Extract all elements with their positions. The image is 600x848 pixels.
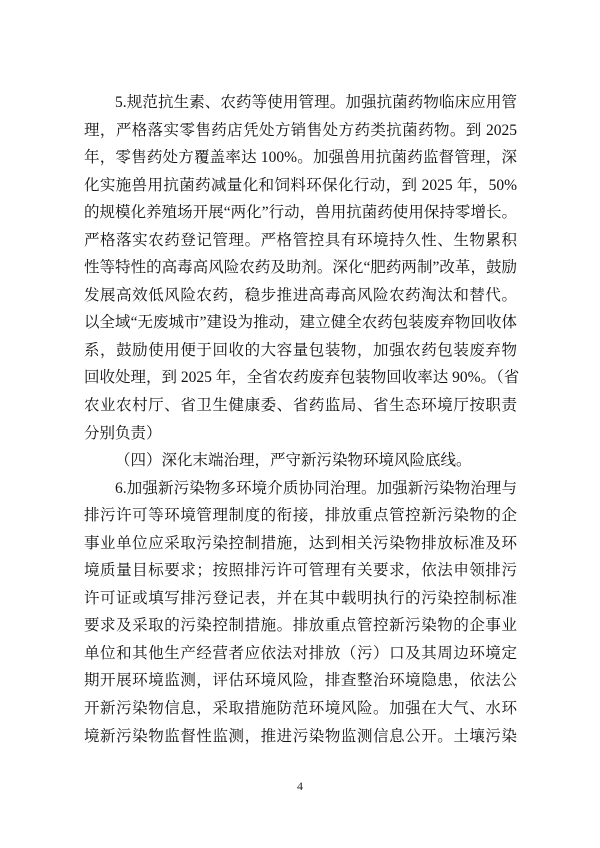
section-heading: （四）深化末端治理，严守新污染物环境风险底线。 (84, 447, 517, 475)
document-body: 5.规范抗生素、农药等使用管理。加强抗菌药物临床应用管 理，严格落实零售药店凭处… (84, 89, 517, 750)
text-line: 要求及采取的污染控制措施。排放重点管控新污染物的企事业 (84, 612, 517, 640)
text-line: 理，严格落实零售药店凭处方销售处方药类抗菌药物。到 2025 (84, 117, 517, 145)
text-line: 年，零售药处方覆盖率达 100%。加强兽用抗菌药监督管理，深 (84, 144, 517, 172)
text-line: 化实施兽用抗菌药减量化和饲料环保化行动，到 2025 年，50% (84, 172, 517, 200)
text-line: 系，鼓励使用便于回收的大容量包装物，加强农药包装废弃物 (84, 337, 517, 365)
text-line: 分别负责） (84, 420, 517, 448)
text-line: 性等特性的高毒高风险农药及助剂。深化“肥药两制”改革，鼓励 (84, 254, 517, 282)
text-line: 发展高效低风险农药，稳步推进高毒高风险农药淘汰和替代。 (84, 282, 517, 310)
text-line: 以全域“无废城市”建设为推动，建立健全农药包装废弃物回收体 (84, 309, 517, 337)
text-line: 农业农村厅、省卫生健康委、省药监局、省生态环境厅按职责 (84, 392, 517, 420)
text-line: 许可证或填写排污登记表，并在其中载明执行的污染控制标准 (84, 585, 517, 613)
text-line: 回收处理，到 2025 年，全省农药废弃包装物回收率达 90%。（省 (84, 364, 517, 392)
text-line: 事业单位应采取污染控制措施，达到相关污染物排放标准及环 (84, 530, 517, 558)
text-line: 境新污染物监督性监测，推进污染物监测信息公开。土壤污染 (84, 723, 517, 751)
text-line: 的规模化养殖场开展“两化”行动，兽用抗菌药使用保持零增长。 (84, 199, 517, 227)
text-line: 5.规范抗生素、农药等使用管理。加强抗菌药物临床应用管 (84, 89, 517, 117)
page-number: 4 (0, 779, 600, 794)
text-line: 单位和其他生产经营者应依法对排放（污）口及其周边环境定 (84, 640, 517, 668)
text-line: 6.加强新污染物多环境介质协同治理。加强新污染物治理与 (84, 475, 517, 503)
text-line: 境质量目标要求；按照排污许可管理有关要求，依法申领排污 (84, 557, 517, 585)
text-line: 严格落实农药登记管理。严格管控具有环境持久性、生物累积 (84, 227, 517, 255)
text-line: 排污许可等环境管理制度的衔接，排放重点管控新污染物的企 (84, 502, 517, 530)
document-page: 5.规范抗生素、农药等使用管理。加强抗菌药物临床应用管 理，严格落实零售药店凭处… (0, 0, 600, 848)
text-line: 期开展环境监测，评估环境风险，排查整治环境隐患，依法公 (84, 667, 517, 695)
text-line: 开新污染物信息，采取措施防范环境风险。加强在大气、水环 (84, 695, 517, 723)
